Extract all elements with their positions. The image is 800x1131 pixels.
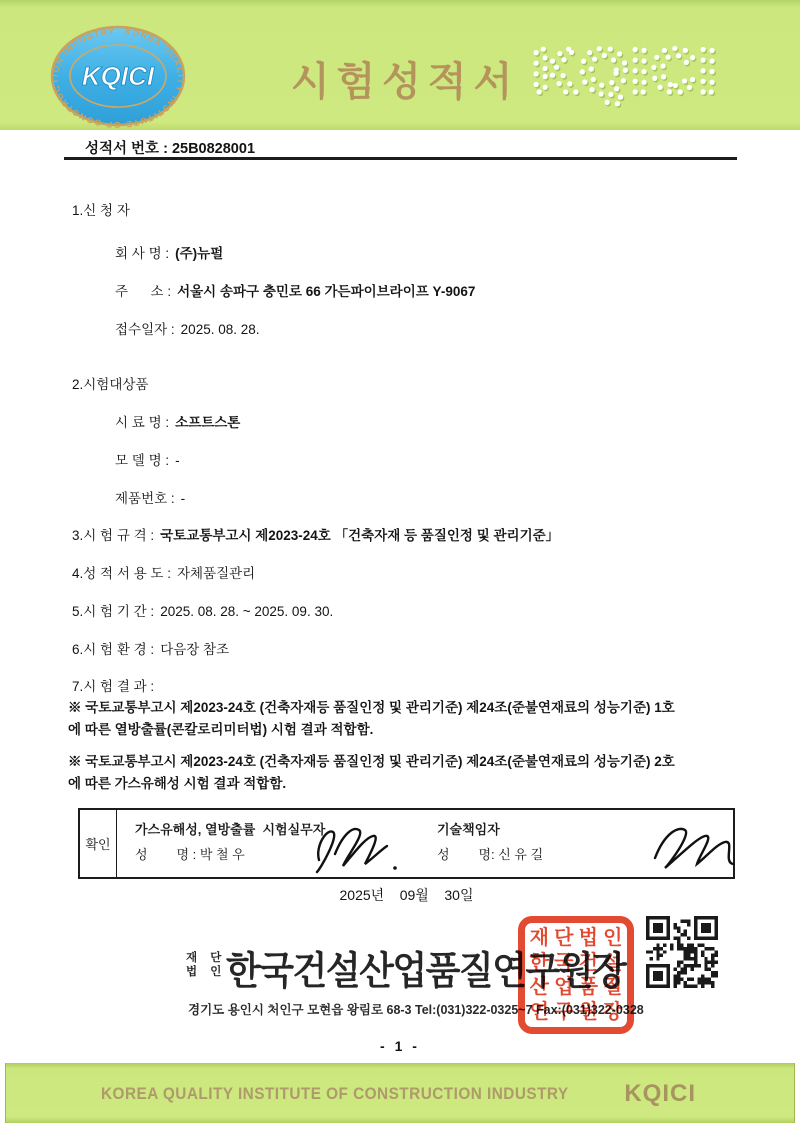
manager-name: 성 명: 신 유 길: [437, 844, 543, 863]
report-number-underline: [64, 157, 737, 160]
footer-acronym: KQICI: [624, 1080, 696, 1108]
report-use-row: 4.성 적 서 용 도 :자체품질관리: [72, 562, 255, 582]
receipt-date-row: 접수일자 :2025. 08. 28.: [115, 318, 260, 338]
confirmation-label: 확인: [80, 810, 117, 877]
test-result-row: 7.시 험 결 과 :: [72, 675, 160, 695]
header-band: KOREA QUALITY INSTITUTE OF CONSTRUCTION …: [0, 0, 800, 130]
model-name-row: 모 델 명 :-: [115, 449, 180, 469]
test-report-page: KOREA QUALITY INSTITUTE OF CONSTRUCTION …: [0, 0, 800, 1131]
logo-acronym-text: KQICI: [82, 61, 155, 91]
sample-name-row: 시 료 명 :소프트스톤: [115, 411, 240, 431]
test-standard-row: 3.시 험 규 격 :국토교통부고시 제2023-24호 「건축자재 등 품질인…: [72, 524, 559, 544]
result-note-2: ※ 국토교통부고시 제2023-24호 (건축자재등 품질인정 및 관리기준) …: [68, 751, 744, 795]
tester-role: 가스유해성, 열방출률 시험실무자: [135, 819, 325, 838]
kqici-logo-icon: KOREA QUALITY INSTITUTE OF CONSTRUCTION …: [46, 24, 190, 128]
footer-institute-name: KOREA QUALITY INSTITUTE OF CONSTRUCTION …: [101, 1085, 569, 1104]
issue-date: 2025년 09월 30일: [78, 885, 735, 905]
footer-band: KOREA QUALITY INSTITUTE OF CONSTRUCTION …: [5, 1063, 795, 1123]
confirmation-box: 확인 가스유해성, 열방출률 시험실무자 성 명 : 박 철 우 기술책임자 성…: [78, 808, 735, 879]
company-row: 회 사 명 :(주)뉴펄: [115, 242, 223, 262]
result-note-1: ※ 국토교통부고시 제2023-24호 (건축자재등 품질인정 및 관리기준) …: [68, 697, 744, 741]
svg-text:KQICI: KQICI: [532, 37, 719, 106]
manager-signature-icon: [645, 818, 745, 873]
official-seal-stamp-icon: 재단법인한국건설산업품질연구원장: [518, 916, 634, 1034]
test-environment-row: 6.시 험 환 경 :다음장 참조: [72, 638, 229, 658]
page-title: 시험성적서: [250, 50, 560, 107]
report-number-label: 성적서 번호 :: [85, 141, 172, 157]
qr-code-icon: [646, 916, 718, 988]
section1-heading: 1.신 청 자: [72, 199, 130, 219]
address-row: 주 소 :서울시 송파구 충민로 66 가든파이브라이프 Y-9067: [115, 280, 475, 300]
report-number-value: 25B0828001: [172, 141, 255, 157]
manager-role: 기술책임자: [437, 819, 500, 838]
test-period-row: 5.시 험 기 간 :2025. 08. 28. ~ 2025. 09. 30.: [72, 600, 333, 620]
corporation-type: 재 단 법 인: [186, 951, 226, 979]
section2-heading: 2.시험대상품: [72, 373, 148, 393]
kqici-perforation-watermark-icon: KQICI KQICI: [530, 28, 720, 114]
page-number: - 1 -: [0, 1038, 800, 1054]
confirmation-content: 가스유해성, 열방출률 시험실무자 성 명 : 박 철 우 기술책임자 성 명:…: [117, 810, 733, 877]
report-number: 성적서 번호 : 25B0828001: [85, 137, 255, 158]
tester-signature-icon: [307, 816, 402, 876]
tester-name: 성 명 : 박 철 우: [135, 844, 245, 863]
product-no-row: 제품번호 :-: [115, 487, 185, 507]
